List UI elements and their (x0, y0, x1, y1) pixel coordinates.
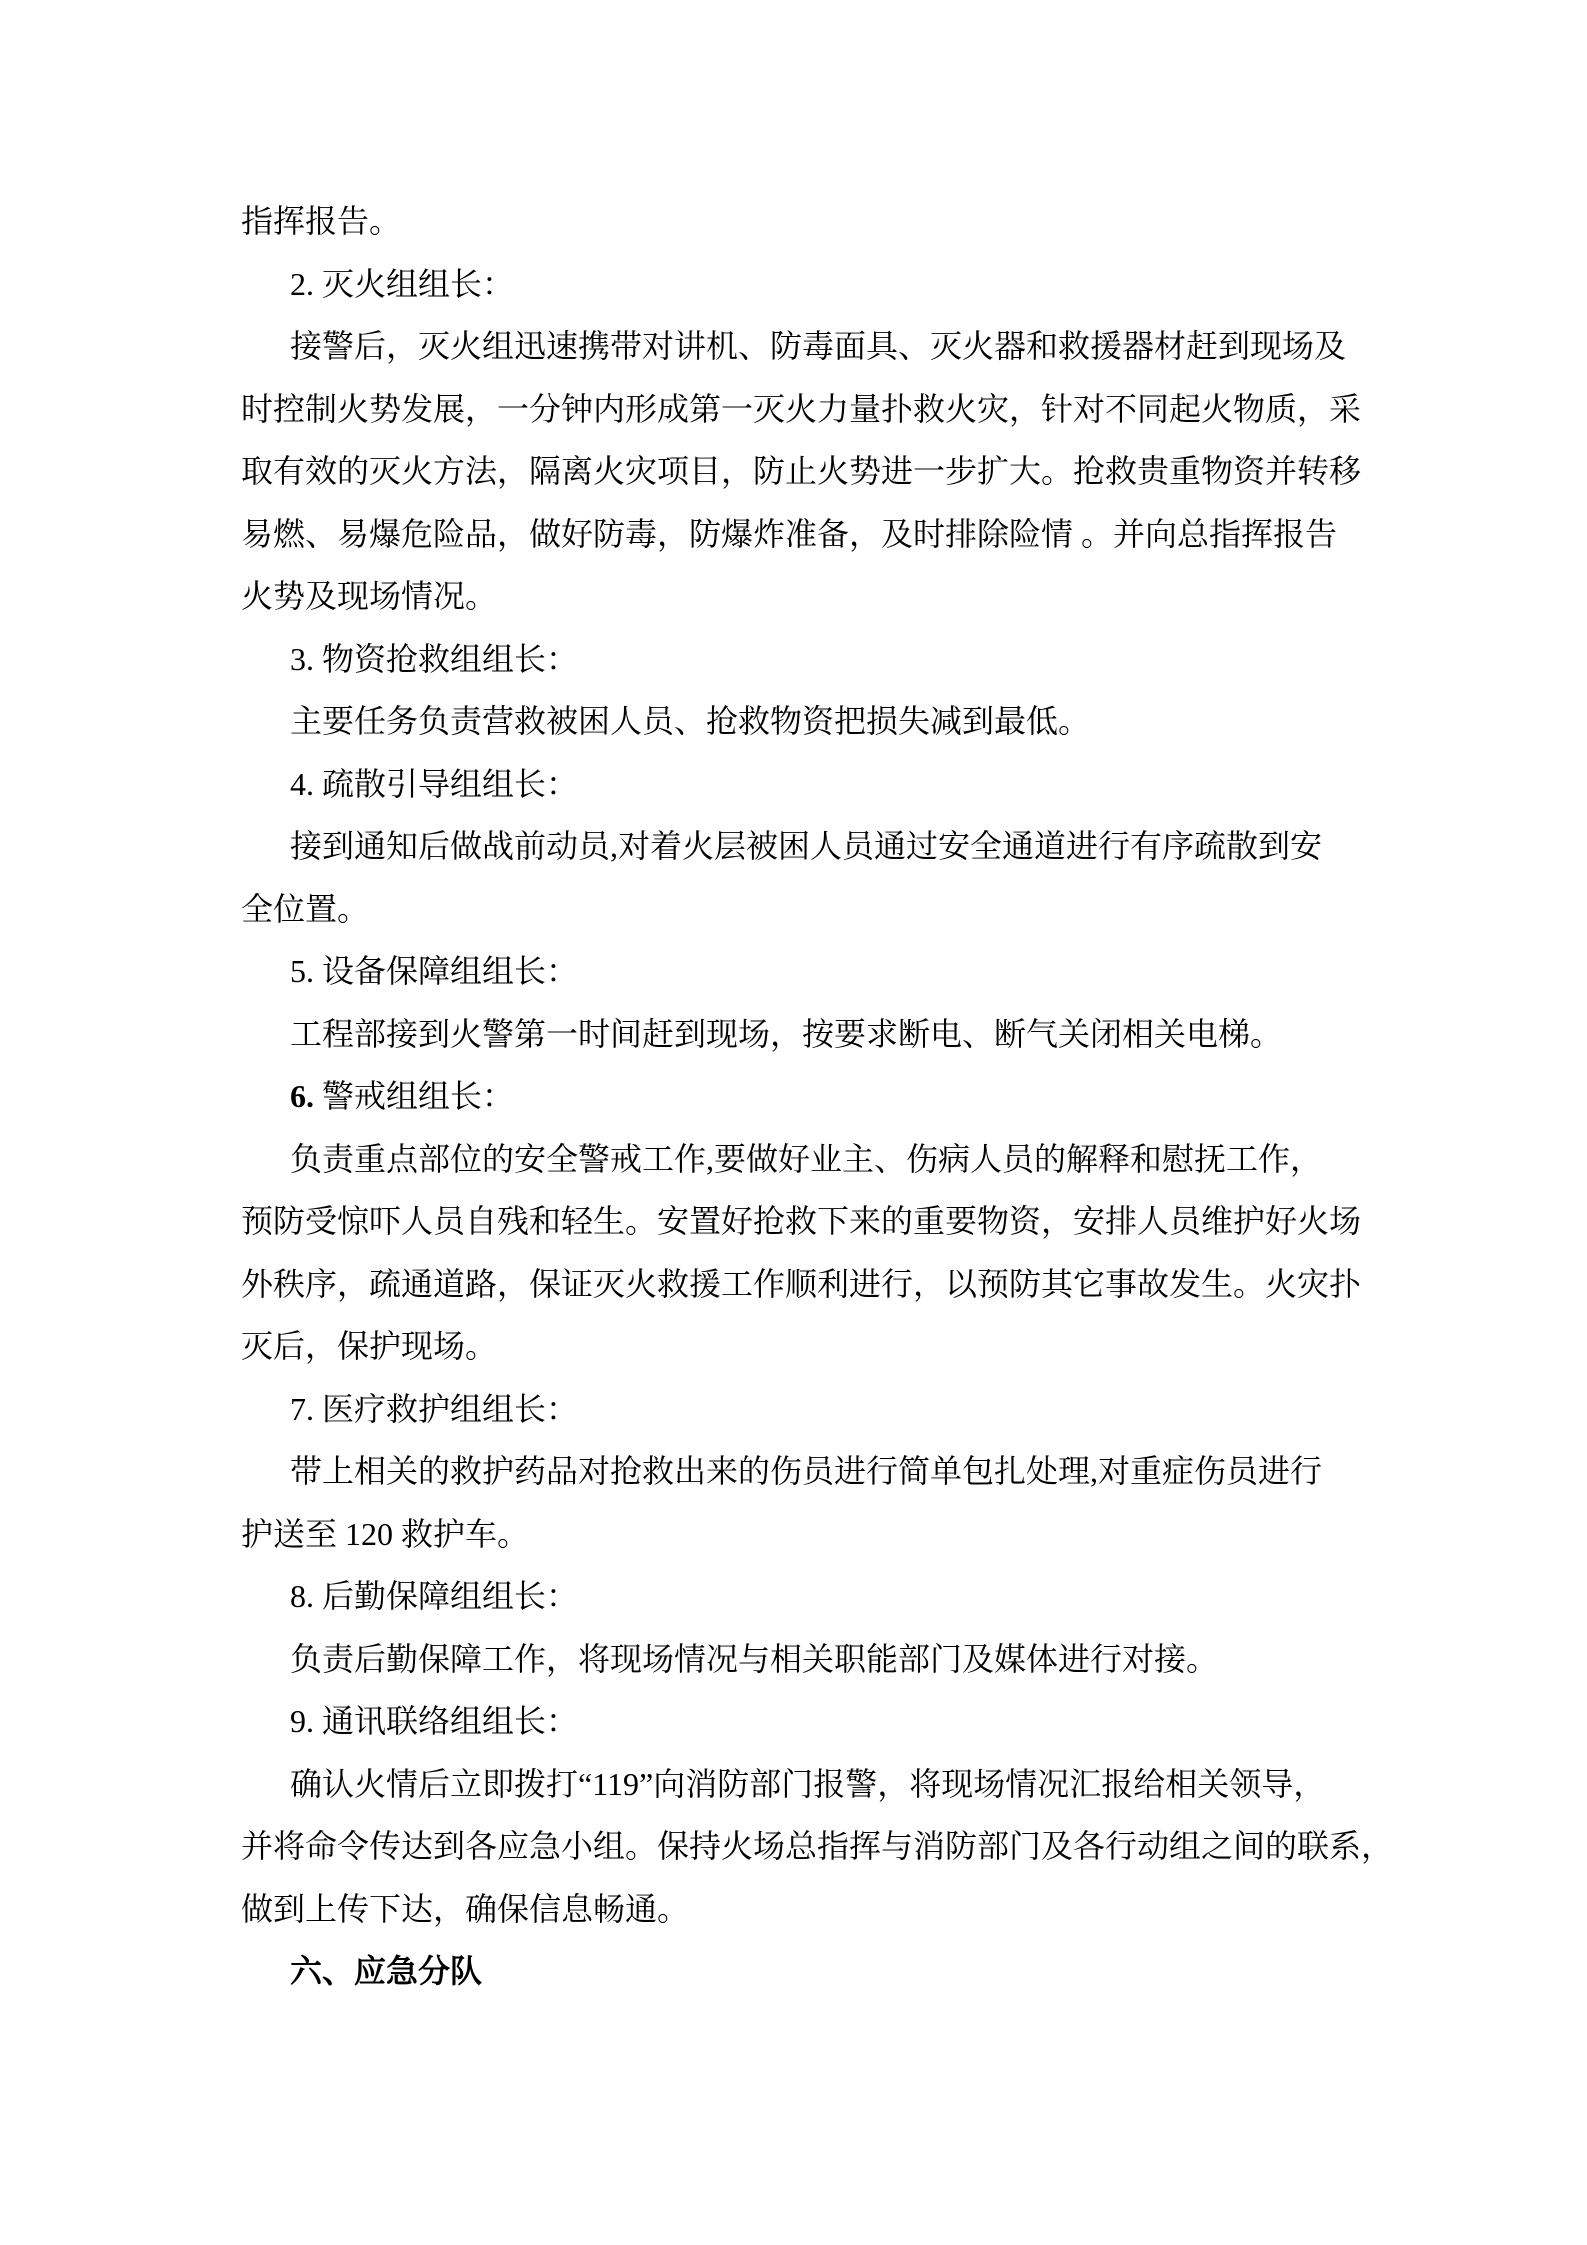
text-line-7: 火势及现场情况。 (241, 565, 1349, 628)
text-line-19: 灭后，保护现场。 (241, 1315, 1349, 1378)
text-line-25: 9. 通讯联络组组长： (241, 1690, 1349, 1753)
text-line-4: 时控制火势发展，一分钟内形成第一灭火力量扑救火灾，针对不同起火物质，采 (241, 378, 1349, 441)
line-text: 并将命令传达到各应急小组。保持火场总指挥与消防部门及各行动组之间的联系， (241, 1828, 1393, 1864)
line-text: 预防受惊吓人员自残和轻生。安置好抢救下来的重要物资，安排人员维护好火场 (241, 1203, 1361, 1239)
text-line-15: 6. 警戒组组长： (241, 1065, 1349, 1128)
text-line-1: 指挥报告。 (241, 190, 1349, 253)
line-text: 7. 医疗救护组组长： (290, 1391, 578, 1427)
text-line-26: 确认火情后立即拨打“119”向消防部门报警，将现场情况汇报给相关领导， (241, 1753, 1349, 1816)
line-text: 六、应急分队 (290, 1953, 482, 1989)
line-text: 负责后勤保障工作，将现场情况与相关职能部门及媒体进行对接。 (290, 1641, 1218, 1677)
line-text: 外秩序，疏通道路，保证灭火救援工作顺利进行，以预防其它事故发生。火灾扑 (241, 1266, 1361, 1302)
text-line-17: 预防受惊吓人员自残和轻生。安置好抢救下来的重要物资，安排人员维护好火场 (241, 1190, 1349, 1253)
line-text: 警戒组组长： (322, 1078, 514, 1114)
text-line-13: 5. 设备保障组组长： (241, 940, 1349, 1003)
line-text: 灭后，保护现场。 (241, 1328, 497, 1364)
line-text: 2. 灭火组组长： (290, 266, 514, 302)
line-text: 接到通知后做战前动员,对着火层被困人员通过安全通道进行有序疏散到安 (290, 828, 1322, 864)
line-text: 工程部接到火警第一时间赶到现场，按要求断电、断气关闭相关电梯。 (290, 1016, 1282, 1052)
line-text: 4. 疏散引导组组长： (290, 766, 578, 802)
text-line-16: 负责重点部位的安全警戒工作,要做好业主、伤病人员的解释和慰抚工作， (241, 1128, 1349, 1191)
text-line-8: 3. 物资抢救组组长： (241, 628, 1349, 691)
line-text: 9. 通讯联络组组长： (290, 1703, 578, 1739)
line-text: 时控制火势发展，一分钟内形成第一灭火力量扑救火灾，针对不同起火物质，采 (241, 391, 1361, 427)
text-line-29: 六、应急分队 (241, 1940, 1349, 2003)
list-number: 6. (290, 1078, 322, 1114)
text-line-10: 4. 疏散引导组组长： (241, 753, 1349, 816)
text-line-22: 护送至 120 救护车。 (241, 1503, 1349, 1566)
line-text: 负责重点部位的安全警戒工作,要做好业主、伤病人员的解释和慰抚工作， (290, 1141, 1322, 1177)
text-line-28: 做到上传下达，确保信息畅通。 (241, 1878, 1349, 1941)
text-line-3: 接警后，灭火组迅速携带对讲机、防毒面具、灭火器和救援器材赶到现场及 (241, 315, 1349, 378)
text-line-23: 8. 后勤保障组组长： (241, 1565, 1349, 1628)
text-line-18: 外秩序，疏通道路，保证灭火救援工作顺利进行，以预防其它事故发生。火灾扑 (241, 1253, 1349, 1316)
text-line-9: 主要任务负责营救被困人员、抢救物资把损失减到最低。 (241, 690, 1349, 753)
line-text: 3. 物资抢救组组长： (290, 641, 578, 677)
line-text: 易燃、易爆危险品，做好防毒，防爆炸准备，及时排除险情 。并向总指挥报告 (241, 516, 1337, 552)
document-page: 指挥报告。2. 灭火组组长：接警后，灭火组迅速携带对讲机、防毒面具、灭火器和救援… (0, 0, 1587, 2245)
line-text: 接警后，灭火组迅速携带对讲机、防毒面具、灭火器和救援器材赶到现场及 (290, 328, 1346, 364)
text-line-14: 工程部接到火警第一时间赶到现场，按要求断电、断气关闭相关电梯。 (241, 1003, 1349, 1066)
line-text: 8. 后勤保障组组长： (290, 1578, 578, 1614)
text-line-24: 负责后勤保障工作，将现场情况与相关职能部门及媒体进行对接。 (241, 1628, 1349, 1691)
document-body: 指挥报告。2. 灭火组组长：接警后，灭火组迅速携带对讲机、防毒面具、灭火器和救援… (241, 190, 1349, 2003)
line-text: 取有效的灭火方法，隔离火灾项目，防止火势进一步扩大。抢救贵重物资并转移 (241, 453, 1361, 489)
text-line-20: 7. 医疗救护组组长： (241, 1378, 1349, 1441)
line-text: 护送至 120 救护车。 (241, 1516, 529, 1552)
line-text: 主要任务负责营救被困人员、抢救物资把损失减到最低。 (290, 703, 1090, 739)
line-text: 确认火情后立即拨打“119”向消防部门报警，将现场情况汇报给相关领导， (290, 1766, 1325, 1802)
text-line-27: 并将命令传达到各应急小组。保持火场总指挥与消防部门及各行动组之间的联系， (241, 1815, 1349, 1878)
text-line-2: 2. 灭火组组长： (241, 253, 1349, 316)
text-line-11: 接到通知后做战前动员,对着火层被困人员通过安全通道进行有序疏散到安 (241, 815, 1349, 878)
text-line-5: 取有效的灭火方法，隔离火灾项目，防止火势进一步扩大。抢救贵重物资并转移 (241, 440, 1349, 503)
line-text: 指挥报告。 (241, 203, 401, 239)
line-text: 全位置。 (241, 891, 369, 927)
text-line-21: 带上相关的救护药品对抢救出来的伤员进行简单包扎处理,对重症伤员进行 (241, 1440, 1349, 1503)
line-text: 带上相关的救护药品对抢救出来的伤员进行简单包扎处理,对重症伤员进行 (290, 1453, 1322, 1489)
text-line-12: 全位置。 (241, 878, 1349, 941)
line-text: 5. 设备保障组组长： (290, 953, 578, 989)
text-line-6: 易燃、易爆危险品，做好防毒，防爆炸准备，及时排除险情 。并向总指挥报告 (241, 503, 1349, 566)
line-text: 做到上传下达，确保信息畅通。 (241, 1891, 689, 1927)
line-text: 火势及现场情况。 (241, 578, 497, 614)
